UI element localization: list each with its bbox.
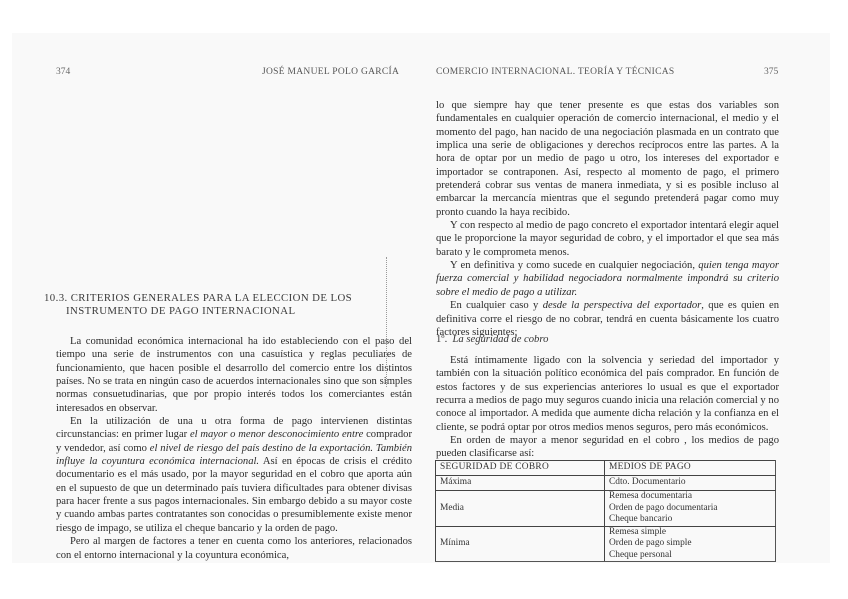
security-level: Máxima [436, 476, 605, 491]
paragraph: En la utilización de una u otra forma de… [56, 415, 412, 535]
payment-method: Cdto. Documentario [609, 477, 771, 489]
column-header-seguridad: SEGURIDAD DE COBRO [436, 461, 605, 476]
gutter-marks [386, 257, 388, 387]
section-number: 10.3. [44, 292, 68, 304]
right-body-text-bottom: Está íntimamente ligado con la solvencia… [436, 354, 779, 461]
payment-method: Remesa simple [609, 527, 771, 539]
payment-methods: Cdto. Documentario [605, 476, 776, 491]
payment-method: Remesa documentaria [609, 491, 771, 503]
security-level: Media [436, 491, 605, 527]
text-run: Y en definitiva y como sucede en cualqui… [450, 260, 698, 271]
payment-methods: Remesa simple Orden de pago simple Chequ… [605, 526, 776, 562]
page-number-left: 374 [56, 67, 70, 77]
section-title-line2: INSTRUMENTO DE PAGO INTERNACIONAL [44, 305, 414, 318]
page-number-right: 375 [764, 67, 778, 77]
payment-method: Cheque bancario [609, 514, 771, 526]
scanned-book-spread: 374 JOSÉ MANUEL POLO GARCÍA 10.3. CRITER… [12, 33, 830, 563]
text-run: Así en épocas de crisis el crédito docum… [56, 456, 412, 534]
payment-method: Orden de pago simple [609, 538, 771, 550]
table-row: Media Remesa documentaria Orden de pago … [436, 491, 776, 527]
section-heading: 10.3. CRITERIOS GENERALES PARA LA ELECCI… [44, 292, 414, 317]
paragraph: lo que siempre hay que tener presente es… [436, 99, 779, 219]
right-body-text-top: lo que siempre hay que tener presente es… [436, 99, 779, 339]
right-page: COMERCIO INTERNACIONAL. TEORÍA Y TÉCNICA… [424, 33, 830, 563]
italic-run: el mayor o menor desconocimiento entre [190, 429, 363, 440]
subheading-title: La seguridad de cobro [453, 334, 549, 345]
payment-method: Orden de pago documentaria [609, 503, 771, 515]
running-head-left: JOSÉ MANUEL POLO GARCÍA [262, 67, 399, 77]
text-run: En cualquier caso y [450, 300, 543, 311]
paragraph: La comunidad económica internacional ha … [56, 335, 412, 415]
paragraph: En orden de mayor a menor seguridad en e… [436, 434, 779, 461]
italic-run: desde la perspectiva del exportador [543, 300, 702, 311]
paragraph: Y con respecto al medio de pago concreto… [436, 219, 779, 259]
table-row: Máxima Cdto. Documentario [436, 476, 776, 491]
table-row: Mínima Remesa simple Orden de pago simpl… [436, 526, 776, 562]
running-head-right: COMERCIO INTERNACIONAL. TEORÍA Y TÉCNICA… [436, 67, 674, 77]
payment-security-table: SEGURIDAD DE COBRO MEDIOS DE PAGO Máxima… [435, 460, 776, 562]
table-header-row: SEGURIDAD DE COBRO MEDIOS DE PAGO [436, 461, 776, 476]
payment-method: Cheque personal [609, 550, 771, 562]
subheading-number: 1º. [436, 334, 447, 345]
column-header-medios: MEDIOS DE PAGO [605, 461, 776, 476]
section-title-line1: CRITERIOS GENERALES PARA LA ELECCION DE … [71, 292, 352, 304]
paragraph: Pero al margen de factores a tener en cu… [56, 535, 412, 562]
paragraph: Está íntimamente ligado con la solvencia… [436, 354, 779, 434]
left-page: 374 JOSÉ MANUEL POLO GARCÍA 10.3. CRITER… [12, 33, 424, 563]
subheading-seguridad: 1º. La seguridad de cobro [436, 334, 548, 345]
security-level: Mínima [436, 526, 605, 562]
payment-methods: Remesa documentaria Orden de pago docume… [605, 491, 776, 527]
left-body-text: La comunidad económica internacional ha … [56, 335, 412, 562]
paragraph: Y en definitiva y como sucede en cualqui… [436, 259, 779, 299]
